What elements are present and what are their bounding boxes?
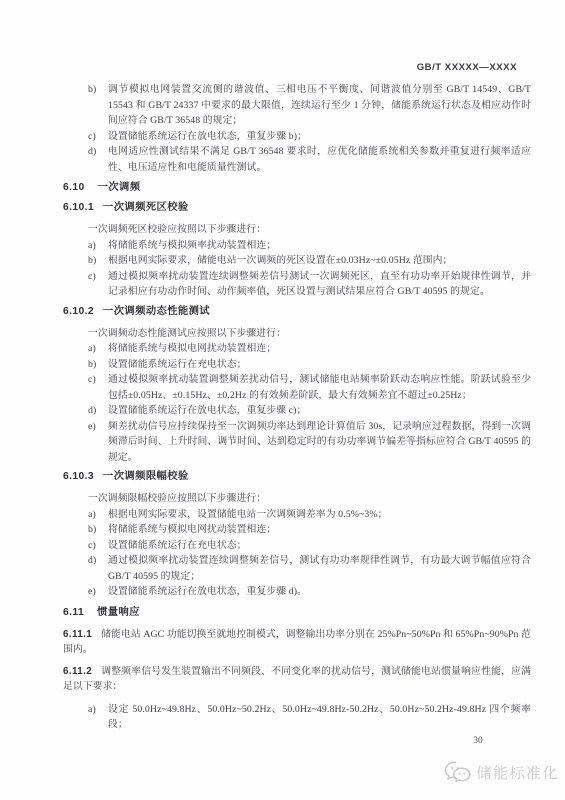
section-title: 一次调频限幅校验 xyxy=(103,471,189,482)
wechat-icon xyxy=(444,761,471,784)
section-number: 6.10.2 xyxy=(63,306,94,317)
step-item: a)将储能系统与模拟电网扰动装置相连； xyxy=(63,341,531,357)
section-title: 一次调频 xyxy=(98,182,141,193)
clause-paragraph: 6.11.1储能电站 AGC 功能切换至就地控制模式，调整输出功率分别在 25%… xyxy=(63,627,531,658)
step-item: a)设定 50.0Hz~49.8Hz、50.0Hz~50.2Hz、50.0Hz~… xyxy=(63,702,531,733)
steps-list: a)将储能系统与模拟电网扰动装置相连；b)设置储能系统运行在充电状态；c)通过模… xyxy=(63,341,531,465)
steps-list: a)将储能系统与模拟频率扰动装置相连；b)根据电网实际要求，储能电站一次调频的死… xyxy=(63,238,531,300)
step-item: c)设置储能系统运行在放电状态，重复步骤 b)； xyxy=(63,129,531,145)
step-marker: c) xyxy=(88,269,108,300)
step-item: c)通过模拟频率扰动装置连续调整频差信号测试一次调频死区，直至有功功率开始规律性… xyxy=(63,269,531,300)
clause-text: 调整频率信号发生装置输出不同频段、不同变化率的扰动信号，测试储能电站惯量响应性能… xyxy=(63,666,531,693)
step-text: 将储能系统与模拟频率扰动装置相连； xyxy=(108,238,531,254)
section-heading-6.11: 6.11惯量响应 xyxy=(63,607,531,619)
step-marker: c) xyxy=(88,129,108,145)
step-marker: b) xyxy=(88,82,108,129)
step-marker: d) xyxy=(88,144,108,175)
step-item: e)设置储能系统运行在放电状态，重复步骤 d)。 xyxy=(63,584,531,600)
step-item: c)通过模拟频率扰动装置调整频差扰动信号，测试储能电站频率阶跃动态响应性能。阶跃… xyxy=(63,372,531,403)
section-number: 6.10.1 xyxy=(63,202,94,213)
step-item: d)电网适应性测试结果不满足 GB/T 36548 要求时，应优化储能系统相关参… xyxy=(63,144,531,175)
paragraph: 一次调频死区校验应按照以下步骤进行： xyxy=(88,222,531,238)
section-heading-6.10: 6.10一次调频 xyxy=(63,182,531,194)
step-text: 设置储能系统运行在放电状态，重复步骤 b)； xyxy=(108,129,531,145)
paragraph: 一次调频限幅校验应按照以下步骤进行： xyxy=(88,491,531,507)
watermark-label: 储能标准化 xyxy=(476,762,559,783)
paragraph: 一次调频动态性能测试应按照以下步骤进行： xyxy=(88,326,531,342)
step-marker: e) xyxy=(88,419,108,466)
section-heading-6.10.1: 6.10.1一次调频死区校验 xyxy=(63,202,531,214)
step-text: 根据电网实际要求，设置储能电站一次调频调差率为 0.5%~3%； xyxy=(108,507,531,523)
page-number: 30 xyxy=(463,736,493,746)
step-marker: c) xyxy=(88,538,108,554)
step-text: 频差扰动信号应持续保持至一次调频功率达到理论计算值后 30s，记录响应过程数据，… xyxy=(108,419,531,466)
step-item: b)设置储能系统运行在充电状态； xyxy=(63,357,531,373)
step-text: 设置储能系统运行在充电状态； xyxy=(108,538,531,554)
step-marker: b) xyxy=(88,522,108,538)
clause-number: 6.11.1 xyxy=(63,629,92,640)
step-item: b)将储能系统与模拟电网扰动装置相连； xyxy=(63,522,531,538)
step-text: 根据电网实际要求，储能电站一次调频的死区设置在±0.03Hz~±0.05Hz 范… xyxy=(108,253,531,269)
steps-list: a)根据电网实际要求，设置储能电站一次调频调差率为 0.5%~3%；b)将储能系… xyxy=(63,507,531,600)
step-item: b)调节模拟电网装置交流侧的谐波值、三相电压不平衡度、间谐波值分别至 GB/T … xyxy=(63,82,531,129)
step-text: 通过模拟频率扰动装置调整频差扰动信号，测试储能电站频率阶跃动态响应性能。阶跃试验… xyxy=(108,372,531,403)
section-title: 惯量响应 xyxy=(97,607,140,618)
standard-code: GB/T XXXXX—XXXX xyxy=(417,62,517,73)
clause-number: 6.11.2 xyxy=(63,666,92,677)
section-number: 6.11 xyxy=(63,607,84,618)
step-text: 设置储能系统运行在放电状态，重复步骤 c)； xyxy=(108,403,531,419)
step-marker: a) xyxy=(88,702,108,733)
step-item: c)设置储能系统运行在充电状态； xyxy=(63,538,531,554)
doc-body: b)调节模拟电网装置交流侧的谐波值、三相电压不平衡度、间谐波值分别至 GB/T … xyxy=(63,82,531,733)
step-text: 设定 50.0Hz~49.8Hz、50.0Hz~50.2Hz、50.0Hz~49… xyxy=(108,702,531,733)
step-marker: a) xyxy=(88,238,108,254)
step-text: 设置储能系统运行在充电状态； xyxy=(108,357,531,373)
step-text: 将储能系统与模拟电网扰动装置相连； xyxy=(108,341,531,357)
step-marker: d) xyxy=(88,403,108,419)
step-text: 将储能系统与模拟电网扰动装置相连； xyxy=(108,522,531,538)
step-item: b)根据电网实际要求，储能电站一次调频的死区设置在±0.03Hz~±0.05Hz… xyxy=(63,253,531,269)
step-marker: b) xyxy=(88,357,108,373)
step-item: d)设置储能系统运行在放电状态，重复步骤 c)； xyxy=(63,403,531,419)
section-number: 6.10.3 xyxy=(63,471,94,482)
step-marker: c) xyxy=(88,372,108,403)
step-item: a)根据电网实际要求，设置储能电站一次调频调差率为 0.5%~3%； xyxy=(63,507,531,523)
step-text: 通过模拟频率扰动装置连续调整频差信号，测试有功功率规律性调节，有功最大调节幅值应… xyxy=(108,553,531,584)
step-item: a)将储能系统与模拟频率扰动装置相连； xyxy=(63,238,531,254)
step-marker: a) xyxy=(88,341,108,357)
step-marker: b) xyxy=(88,253,108,269)
steps-list: b)调节模拟电网装置交流侧的谐波值、三相电压不平衡度、间谐波值分别至 GB/T … xyxy=(63,82,531,175)
document-page: GB/T XXXXX—XXXX b)调节模拟电网装置交流侧的谐波值、三相电压不平… xyxy=(0,0,565,800)
watermark: 储能标准化 xyxy=(444,761,559,784)
step-item: e)频差扰动信号应持续保持至一次调频功率达到理论计算值后 30s，记录响应过程数… xyxy=(63,419,531,466)
step-item: d)通过模拟频率扰动装置连续调整频差信号，测试有功功率规律性调节，有功最大调节幅… xyxy=(63,553,531,584)
section-heading-6.10.2: 6.10.2一次调频动态性能测试 xyxy=(63,306,531,318)
step-text: 电网适应性测试结果不满足 GB/T 36548 要求时，应优化储能系统相关参数并… xyxy=(108,144,531,175)
section-title: 一次调频动态性能测试 xyxy=(103,306,210,317)
section-heading-6.10.3: 6.10.3一次调频限幅校验 xyxy=(63,471,531,483)
step-text: 通过模拟频率扰动装置连续调整频差信号测试一次调频死区，直至有功功率开始规律性调节… xyxy=(108,269,531,300)
step-text: 设置储能系统运行在放电状态，重复步骤 d)。 xyxy=(108,584,531,600)
step-marker: a) xyxy=(88,507,108,523)
doc-header: GB/T XXXXX—XXXX xyxy=(417,62,517,73)
step-marker: e) xyxy=(88,584,108,600)
clause-paragraph: 6.11.2调整频率信号发生装置输出不同频段、不同变化率的扰动信号，测试储能电站… xyxy=(63,664,531,695)
step-marker: d) xyxy=(88,553,108,584)
step-text: 调节模拟电网装置交流侧的谐波值、三相电压不平衡度、间谐波值分别至 GB/T 14… xyxy=(108,82,531,129)
section-title: 一次调频死区校验 xyxy=(103,202,189,213)
clause-text: 储能电站 AGC 功能切换至就地控制模式，调整输出功率分别在 25%Pn~50%… xyxy=(63,629,531,656)
section-number: 6.10 xyxy=(63,182,85,193)
steps-list: a)设定 50.0Hz~49.8Hz、50.0Hz~50.2Hz、50.0Hz~… xyxy=(63,702,531,733)
